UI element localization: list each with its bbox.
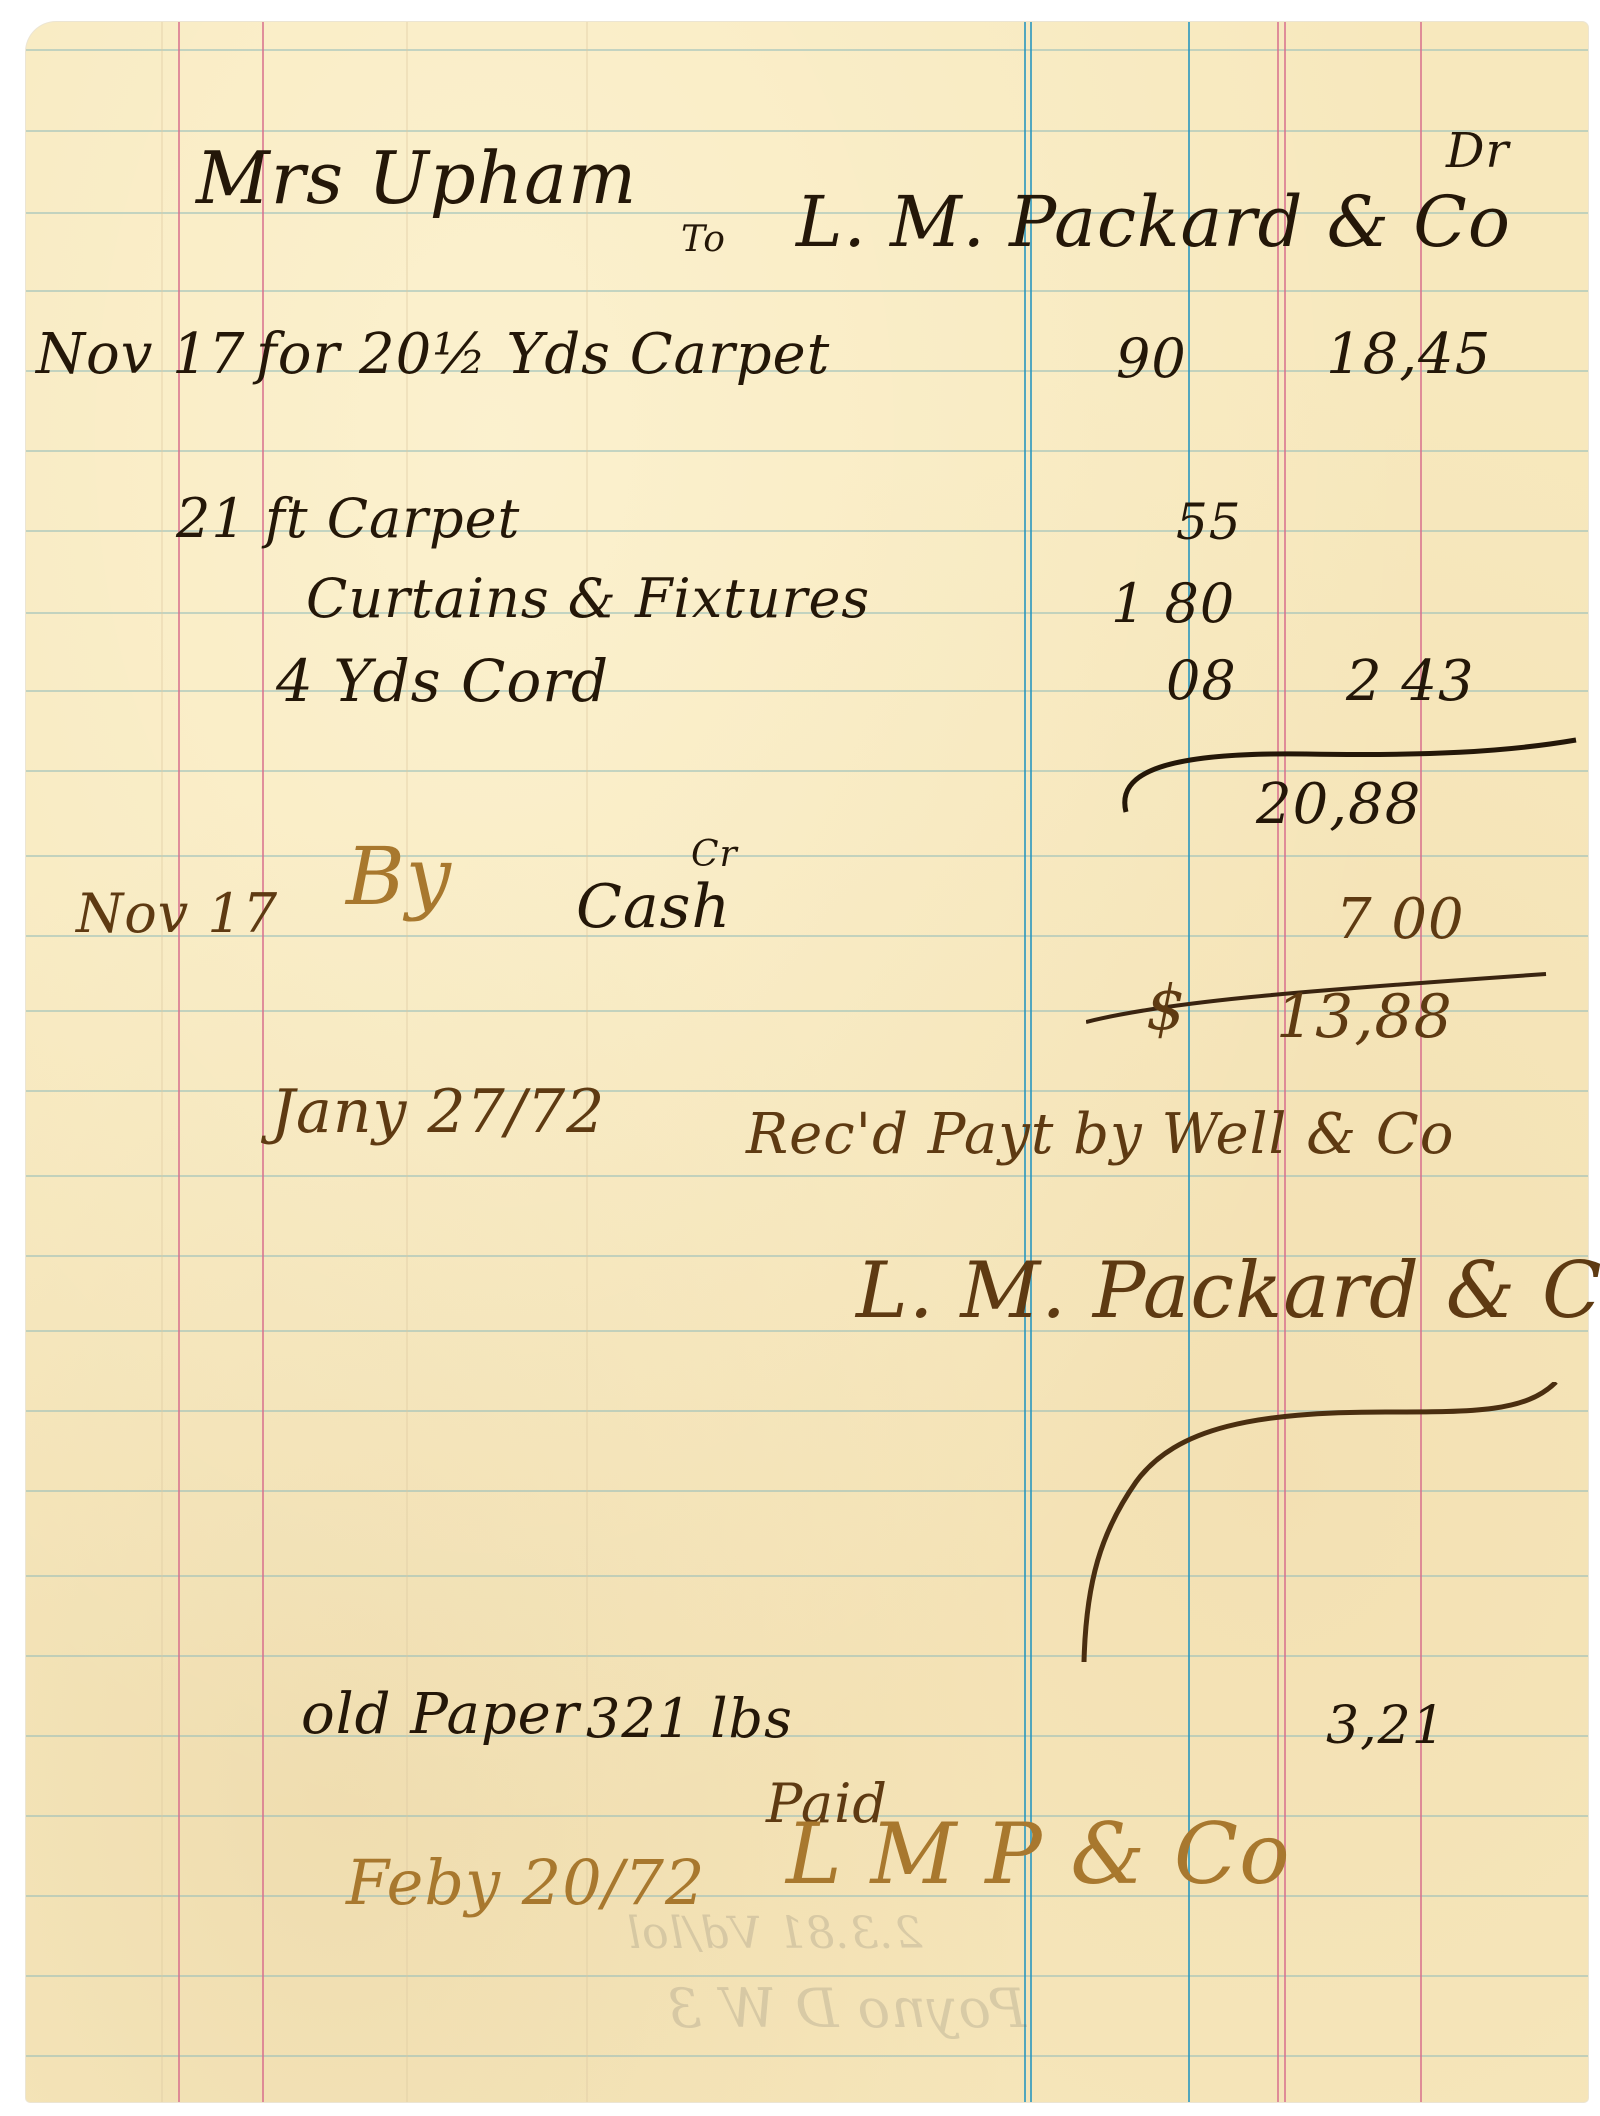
addendum-signature: L M P & Co <box>786 1812 1291 1896</box>
credit-date: Nov 17 <box>76 887 278 941</box>
debit-label: Dr <box>1446 127 1509 175</box>
balance-symbol: $ <box>1146 977 1186 1039</box>
receipt-text: Rec'd Payt by Well & Co <box>746 1107 1454 1163</box>
ruled-line <box>26 1175 1588 1177</box>
ruled-line <box>26 855 1588 857</box>
credit-amount: 7 00 <box>1336 892 1465 948</box>
ruled-line <box>26 2055 1588 2057</box>
column-rule-blue <box>1188 22 1190 2102</box>
column-rule-pink <box>1277 22 1279 2102</box>
bleed-through-text: Poyno D W 3 <box>666 1982 1026 2036</box>
ruled-line <box>26 1410 1588 1412</box>
ledger-paper: Mrs Upham To L. M. Packard & Co Dr Nov 1… <box>26 22 1588 2102</box>
item-rate: 55 <box>1176 497 1242 547</box>
ruled-line <box>26 1655 1588 1657</box>
ruled-line <box>26 130 1588 132</box>
credit-description: Cash <box>576 877 731 937</box>
addendum-date: Feby 20/72 <box>346 1852 705 1914</box>
balance-amount: 13,88 <box>1276 987 1453 1047</box>
receipt-signature: L. M. Packard & Co <box>856 1252 1600 1330</box>
to-label: To <box>681 222 726 258</box>
item-rate: 08 <box>1166 654 1237 708</box>
subtotal-amount: 20,88 <box>1256 777 1421 833</box>
item-description: Curtains & Fixtures <box>306 572 870 626</box>
credit-by: By <box>346 837 452 917</box>
credit-cr-mark: Cr <box>691 837 738 873</box>
ruled-line <box>26 49 1588 51</box>
ruled-line <box>26 1575 1588 1577</box>
item-rate: 1 80 <box>1111 577 1235 631</box>
addendum-description: old Paper <box>301 1687 580 1743</box>
item-amount: 2 43 <box>1346 654 1475 710</box>
customer-name: Mrs Upham <box>196 142 637 214</box>
column-rule-blue <box>1030 22 1032 2102</box>
item-description: for 20½ Yds Carpet <box>256 327 830 383</box>
item-description: 21 ft Carpet <box>176 492 520 546</box>
signature-flourish <box>1056 1382 1576 1672</box>
column-rule-blue <box>1024 22 1026 2102</box>
addendum-amount: 3,21 <box>1326 1700 1446 1752</box>
item-amount: 18,45 <box>1326 327 1491 383</box>
ruled-line <box>26 290 1588 292</box>
item-date: Nov 17 <box>36 327 245 383</box>
vendor-name: L. M. Packard & Co <box>796 187 1511 257</box>
ruled-line <box>26 450 1588 452</box>
receipt-date: Jany 27/72 <box>271 1082 605 1142</box>
item-description: 4 Yds Cord <box>276 652 609 710</box>
addendum-quantity: 321 lbs <box>586 1692 793 1746</box>
item-rate: 90 <box>1116 332 1187 386</box>
column-rule-pink <box>1284 22 1286 2102</box>
ruled-line <box>26 1090 1588 1092</box>
bleed-through-text: 2.3.81 Vd/lol <box>626 1912 922 1956</box>
ruled-line <box>26 1490 1588 1492</box>
